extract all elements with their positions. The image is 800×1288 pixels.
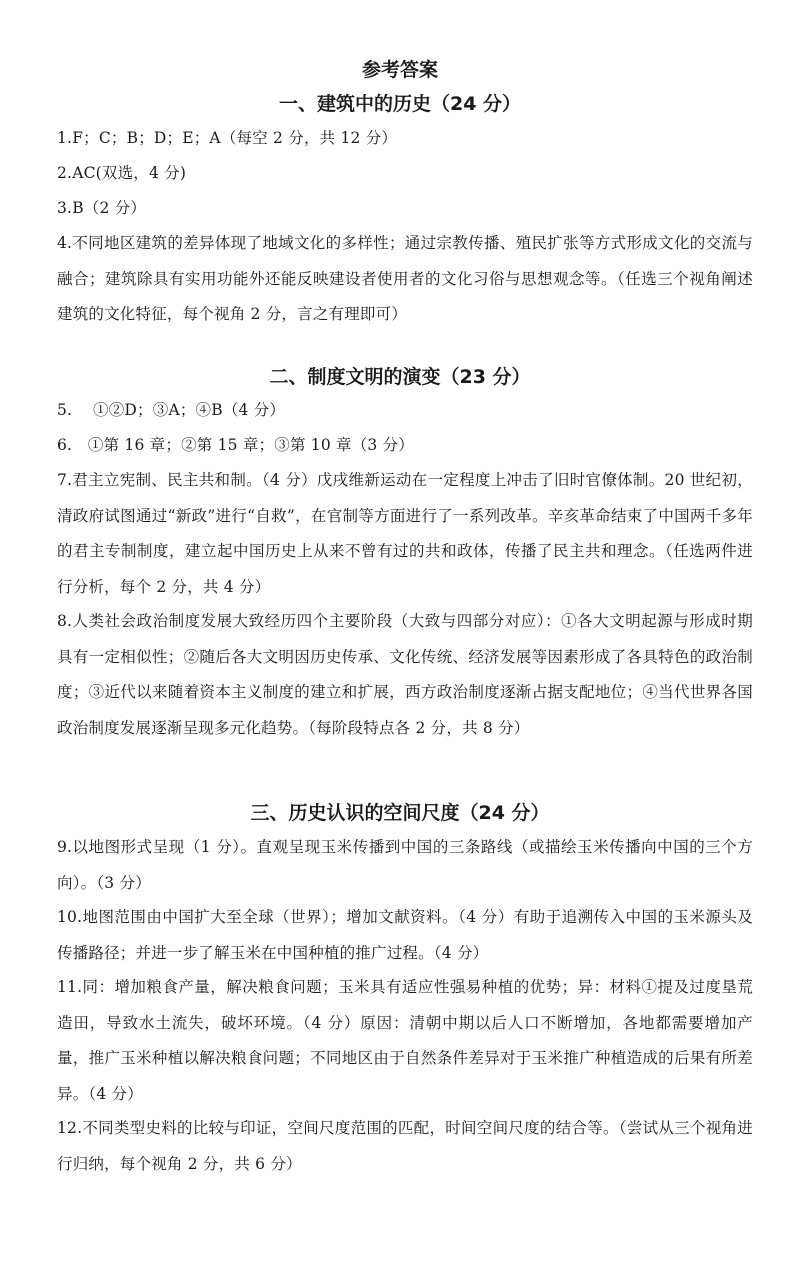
answer-1: 1.F；C；B；D；E；A（每空 2 分，共 12 分） xyxy=(57,121,753,157)
answer-key-page: 参考答案 一、建筑中的历史（24 分） 1.F；C；B；D；E；A（每空 2 分… xyxy=(0,0,800,1288)
answer-10: 10.地图范围由中国扩大至全球（世界）；增加文献资料。（4 分）有助于追溯传入中… xyxy=(57,900,753,971)
answer-2: 2.AC(双选，4 分) xyxy=(57,156,753,192)
section-heading-1: 一、建筑中的历史（24 分） xyxy=(0,92,800,116)
answer-4: 4.不同地区建筑的差异体现了地域文化的多样性；通过宗教传播、殖民扩张等方式形成文… xyxy=(57,226,753,333)
section-heading-2: 二、制度文明的演变（23 分） xyxy=(0,365,800,389)
answer-9: 9.以地图形式呈现（1 分）。直观呈现玉米传播到中国的三条路线（或描绘玉米传播向… xyxy=(57,830,753,901)
answer-7: 7.君主立宪制、民主共和制。（4 分）戊戌维新运动在一定程度上冲击了旧时官僚体制… xyxy=(57,463,753,605)
document-title: 参考答案 xyxy=(0,58,800,82)
answer-11: 11.同：增加粮食产量，解决粮食问题；玉米具有适应性强易种植的优势；异：材料①提… xyxy=(57,970,753,1112)
answer-5: 5. ①②D；③A；④B（4 分） xyxy=(57,393,753,429)
answer-12: 12.不同类型史料的比较与印证，空间尺度范围的匹配，时间空间尺度的结合等。（尝试… xyxy=(57,1111,753,1182)
answer-8: 8.人类社会政治制度发展大致经历四个主要阶段（大致与四部分对应）：①各大文明起源… xyxy=(57,604,753,746)
answer-6: 6. ①第 16 章；②第 15 章；③第 10 章（3 分） xyxy=(57,428,753,464)
section-heading-3: 三、历史认识的空间尺度（24 分） xyxy=(0,801,800,825)
answer-3: 3.B（2 分） xyxy=(57,191,753,227)
